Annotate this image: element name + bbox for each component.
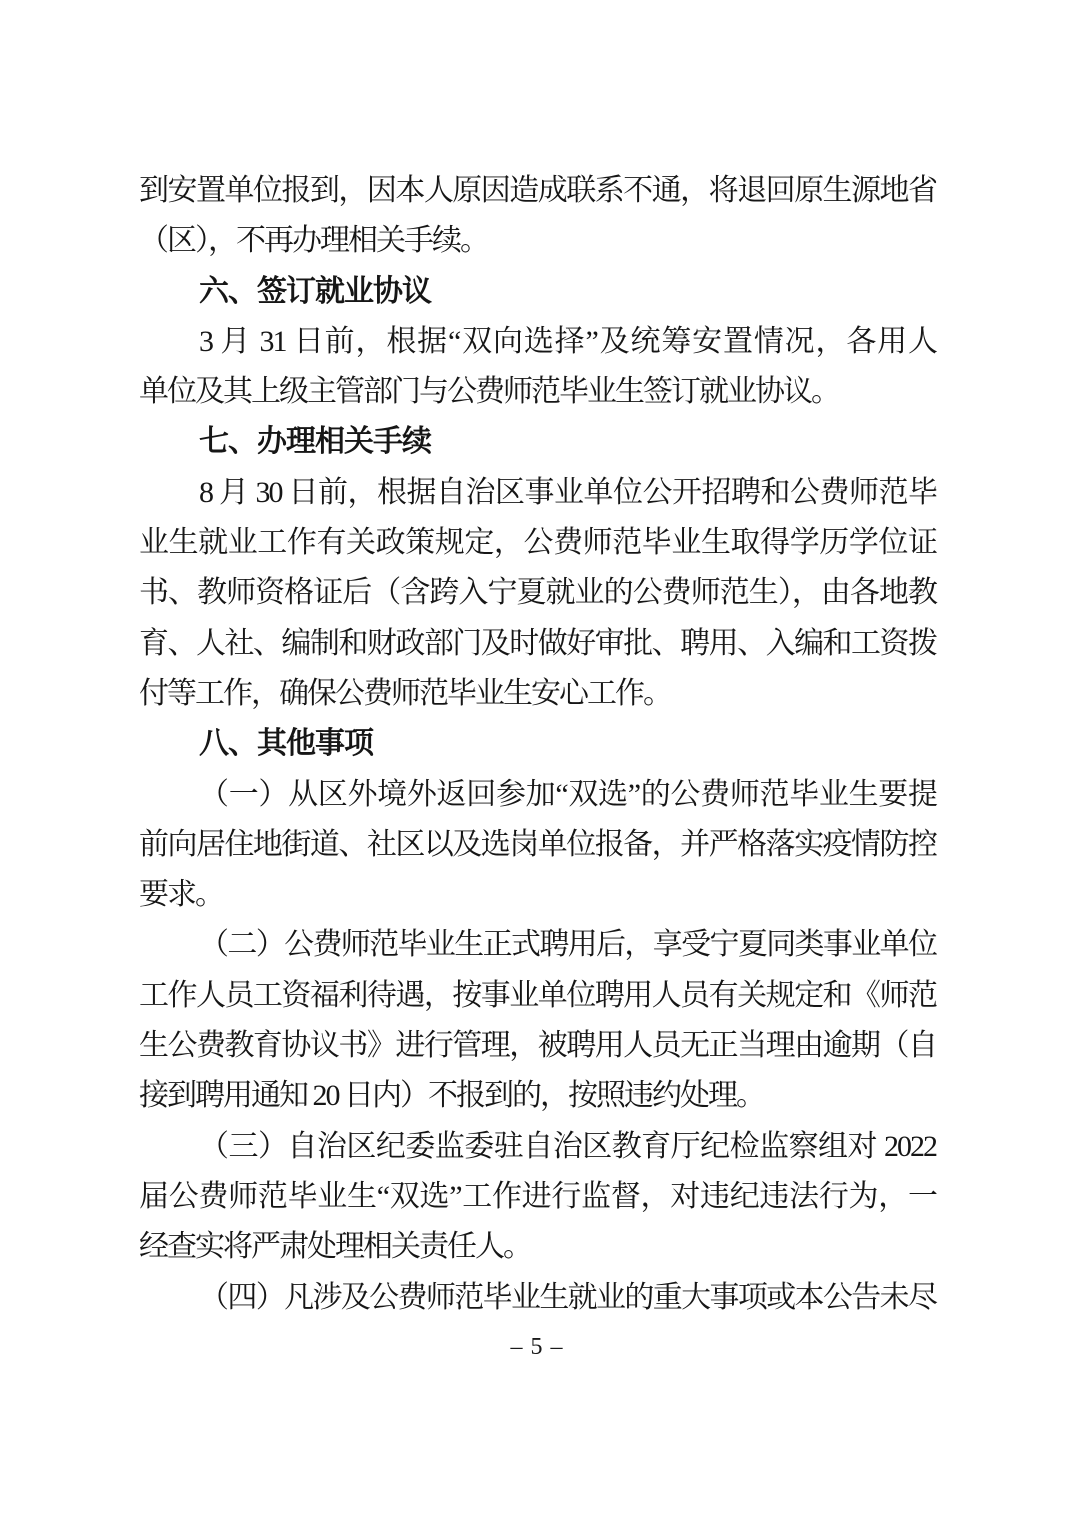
section-heading: 八、其他事项 bbox=[139, 719, 936, 769]
body-line: 业生就业工作有关政策规定，公费师范毕业生取得学历学位证 bbox=[139, 518, 936, 568]
document-text-column: 到安置单位报到，因本人原因造成联系不通，将退回原生源地省 （区），不再办理相关手… bbox=[139, 166, 936, 1323]
body-line: 育、人社、编制和财政部门及时做好审批、聘用、入编和工资拨 bbox=[139, 619, 936, 669]
body-line: 生公费教育协议书》进行管理，被聘用人员无正当理由逾期（自 bbox=[139, 1021, 936, 1071]
body-line: 工作人员工资福利待遇，按事业单位聘用人员有关规定和《师范 bbox=[139, 971, 936, 1021]
body-line: 要求。 bbox=[139, 870, 936, 920]
body-line: 届公费师范毕业生“双选”工作进行监督，对违纪违法行为，一 bbox=[139, 1172, 936, 1222]
body-line: 接到聘用通知 20 日内）不报到的，按照违约处理。 bbox=[139, 1071, 936, 1121]
body-line: （区），不再办理相关手续。 bbox=[139, 216, 936, 266]
document-page: 到安置单位报到，因本人原因造成联系不通，将退回原生源地省 （区），不再办理相关手… bbox=[0, 0, 1074, 1520]
page-number: – 5 – bbox=[0, 1334, 1074, 1361]
section-heading: 六、签订就业协议 bbox=[139, 267, 936, 317]
body-line: （四）凡涉及公费师范毕业生就业的重大事项或本公告未尽 bbox=[139, 1273, 936, 1323]
body-line: （三）自治区纪委监委驻自治区教育厅纪检监察组对 2022 bbox=[139, 1122, 936, 1172]
body-line: 书、教师资格证后（含跨入宁夏就业的公费师范生），由各地教 bbox=[139, 568, 936, 618]
body-line: 3 月 31 日前，根据“双向选择”及统筹安置情况，各用人 bbox=[139, 317, 936, 367]
body-line: 前向居住地街道、社区以及选岗单位报备，并严格落实疫情防控 bbox=[139, 820, 936, 870]
section-heading: 七、办理相关手续 bbox=[139, 417, 936, 467]
body-line: 单位及其上级主管部门与公费师范毕业生签订就业协议。 bbox=[139, 367, 936, 417]
body-line: 付等工作，确保公费师范毕业生安心工作。 bbox=[139, 669, 936, 719]
body-line: 到安置单位报到，因本人原因造成联系不通，将退回原生源地省 bbox=[139, 166, 936, 216]
body-line: 8 月 30 日前，根据自治区事业单位公开招聘和公费师范毕 bbox=[139, 468, 936, 518]
body-line: 经查实将严肃处理相关责任人。 bbox=[139, 1222, 936, 1272]
body-line: （一）从区外境外返回参加“双选”的公费师范毕业生要提 bbox=[139, 770, 936, 820]
body-line: （二）公费师范毕业生正式聘用后，享受宁夏同类事业单位 bbox=[139, 920, 936, 970]
